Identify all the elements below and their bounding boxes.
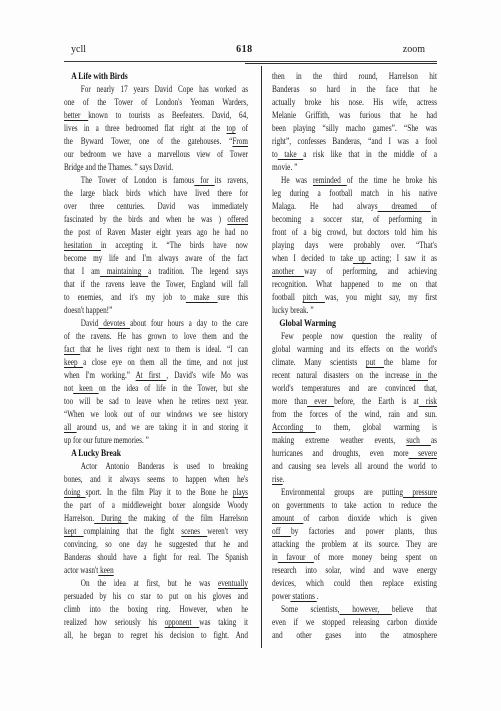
text-line: Malaga. He had always dreamed of [272,200,437,213]
text-segment: was taking it [199,617,248,627]
text-segment: . [317,591,319,601]
underlined-word: dreamed [378,201,431,211]
underlined-word: fact [64,344,80,354]
text-segment: of carbon dioxide which is given [303,513,437,523]
underlined-word: make [186,292,218,302]
text-segment: hurricanes and droughts, even more [272,448,409,458]
left-column: A Life with BirdsFor nearly 17 years Dav… [64,70,248,642]
text-segment: to them, global warming is [316,422,437,432]
text-line: better known to tourists as Beefeaters. … [64,109,248,122]
text-segment: For nearly 17 years David Cope has worke… [81,84,248,94]
text-segment: more than [272,396,307,406]
underlined-word: stations [290,591,316,601]
text-line: persuaded by his co star to put on his g… [64,590,248,603]
text-segment: to enemies, and it's my job to [64,292,186,302]
text-line: the large black birds which have lived t… [64,187,248,200]
text-line: doesn't happen!” [64,304,248,317]
text-line: and causing sea levels all around the wo… [272,460,437,473]
underlined-word: scenes [181,526,207,536]
text-line: attacking the problem at its source. The… [272,538,437,551]
text-line: Melanie Griffith, was furious that he ha… [272,109,437,122]
text-line: off by factories and power plants, thus [272,525,437,538]
text-segment: that he lives right next to them is idea… [80,344,248,354]
underlined-word: ever [307,396,334,406]
text-line: the post of Raven Master eight years ago… [64,226,248,239]
text-line: playing days were probably over. “That's [272,239,437,252]
text-line: Environmental groups are putting pressur… [272,486,437,499]
text-line: fact that he lives right next to them is… [64,343,248,356]
text-segment: all, he began to regret his decision to … [64,630,248,640]
text-line: to take a risk like that in the middle o… [272,148,437,161]
left-column-text: A Life with BirdsFor nearly 17 years Dav… [64,70,248,642]
text-line: Bridge and the Thames. ” says David. [64,161,248,174]
text-segment: Banderas should have a fight for real. T… [64,552,248,562]
text-segment: way of performing, and achieving [304,266,437,276]
page-header: ycll 618 zoom [64,44,437,60]
text-line: realized how seriously his opponent was … [64,616,248,629]
text-segment: research into solar, wind and wave energ… [272,565,437,575]
text-line: our bedroom we have a marvellous view of… [64,148,248,161]
text-line: actor wasn't keen [64,564,248,577]
text-line: Harrelson. During the making of the film… [64,512,248,525]
text-segment: , David's wife Mo was [166,370,248,380]
text-segment: from the forces of the wind, rain and su… [272,409,437,419]
text-line: keep a close eye on them all the time, a… [64,356,248,369]
underlined-word: devotes [98,318,130,328]
underlined-word: eventually [218,578,248,588]
text-line: According to them, global warming is [272,421,437,434]
text-line: up for our future memories. ” [64,434,248,447]
text-segment: too will be sad to leave when he retires… [64,396,248,406]
text-segment: of the time he broke his [347,175,437,185]
text-line: then in the third round, Harrelson hit [272,70,437,83]
text-segment: then in the third round, Harrelson hit [272,71,437,81]
underlined-word: top [227,123,236,133]
text-segment: “When we look out of our windows we see … [64,409,248,419]
underlined-word: From [232,136,248,146]
text-segment: of [236,123,248,133]
text-line: world's temperatures and are convinced t… [272,382,437,395]
text-line: become my life and I'm always aware of t… [64,252,248,265]
text-segment: lucky break. ” [272,305,314,315]
text-segment: Actor Antonio Banderas is used to breaki… [81,461,248,471]
text-line: He was reminded of the time he broke his [272,174,437,187]
text-segment: movie. ” [272,162,297,172]
text-line: David devotes about four hours a day to … [64,317,248,330]
underlined-word: offered [227,214,248,224]
text-line: becoming a soccer star, of performing in [272,213,437,226]
underlined-word: keep [64,357,83,367]
underlined-word: another [272,266,304,276]
text-line: and other gases into the atmosphere [272,629,437,642]
text-segment: power [272,591,290,601]
text-segment: bones, and it always seems to happen whe… [64,474,248,484]
text-segment: a tradition. The legend says [148,266,248,276]
text-segment: global warming and its effects on the wo… [272,344,437,354]
underlined-word: for [194,175,214,185]
text-segment: A Life with Birds [71,71,128,82]
text-segment: front of a big crowd, but doctors told h… [272,227,437,237]
text-line: amount of carbon dioxide which is given [272,512,437,525]
text-segment: leg during a football match in his nativ… [272,188,437,198]
text-line: lives in a three bedroomed flat right at… [64,122,248,135]
text-line: devices, which could then replace existi… [272,577,437,590]
section-heading: Global Warming [272,317,437,330]
text-segment: when I'm working.” [64,370,136,380]
text-segment: of [431,201,437,211]
text-segment: in accepting it. “The birds have now [101,240,248,250]
text-segment: He was [281,175,313,185]
text-segment: becoming a soccer star, of performing in [272,214,437,224]
text-line: of the ravens. He has grown to love them… [64,330,248,343]
text-segment: right”, confesses Banderas, “and I was a… [272,136,437,146]
underlined-word: however, [339,604,391,614]
underlined-word: maintaining [100,266,148,276]
text-line: global warming and its effects on the wo… [272,343,437,356]
text-segment: . [283,474,285,484]
text-segment: Banderas so hard in the face that he [272,84,437,94]
text-line: another way of performing, and achieving [272,265,437,278]
underlined-word: off [272,526,291,536]
underlined-word: up [353,253,371,263]
text-segment: convincing, so one day he suggested that… [64,539,248,549]
text-segment: The Tower of London is famous [81,175,195,185]
text-line: doing sport. In the film Play it to the … [64,486,248,499]
text-line: one of the Tower of London's Yeoman Ward… [64,96,248,109]
underlined-word: put [366,357,384,367]
text-segment: that if the ravens leave the Tower, Engl… [64,279,248,289]
text-segment: Global Warming [279,318,336,329]
text-segment: David [81,318,99,328]
text-line: that I am maintaining a tradition. The l… [64,265,248,278]
text-segment: playing days were probably over. “That's [272,240,437,250]
underlined-word: all [64,422,77,432]
text-line: leg during a football match in his nativ… [272,187,437,200]
text-segment: Harrelson. [64,513,94,523]
text-line: convincing, so one day he suggested that… [64,538,248,551]
underlined-word: risk [419,396,437,406]
text-line: even if we stopped releasing carbon diox… [272,616,437,629]
text-line: recent natural disasters on the increase… [272,369,437,382]
underlined-word: According [272,422,316,432]
text-segment: Bridge and the Thames. ” says David. [64,162,173,172]
text-segment: sure this [218,292,248,302]
text-line: research into solar, wind and wave energ… [272,564,437,577]
text-segment: even if we stopped releasing carbon diox… [272,617,437,627]
text-segment: making extreme weather events, [272,435,406,445]
text-segment: around us, and we are taking it in and s… [77,422,248,432]
underlined-word: keen [98,565,113,575]
text-segment: fascinated by the birds and when he was … [64,214,227,224]
text-segment: Environmental groups are putting [281,487,403,497]
text-segment: up for our future memories. ” [64,435,149,445]
header-rule [64,61,437,62]
section-heading: A Lucky Break [64,447,248,460]
text-segment: on the idea of life in the Tower, but sh… [99,383,248,393]
text-segment: weren't very [207,526,248,536]
text-segment: as [431,435,437,445]
text-segment: lives in a three bedroomed flat right at… [64,123,227,133]
text-line: the part of a middleweight boxer alongsi… [64,499,248,512]
text-segment: actually broke his nose. His wife, actre… [272,97,437,107]
text-segment: Melanie Griffith, was furious that he ha… [272,110,437,120]
right-column-text: then in the third round, Harrelson hitBa… [272,70,437,642]
text-line: front of a big crowd, but doctors told h… [272,226,437,239]
text-line: in favour of more money being spent on [272,551,437,564]
text-segment: world's temperatures and are convinced t… [272,383,437,393]
right-column: then in the third round, Harrelson hitBa… [272,70,437,642]
text-line: lucky break. ” [272,304,437,317]
text-segment: Some scientists, [281,604,339,614]
underlined-word: reminded [313,175,347,185]
text-segment: persuaded by his co star to put on his g… [64,591,248,601]
text-segment: one of the Tower of London's Yeoman Ward… [64,97,248,107]
text-segment: doesn't happen!” [64,305,112,315]
text-segment: of more money being spent on [314,552,437,562]
text-line: recognition. What happened to me on that [272,278,437,291]
text-line: hurricanes and droughts, even more sever… [272,447,437,460]
text-segment: been playing “silly macho games”. “She w… [272,123,437,133]
text-segment: on governments to take action to reduce … [272,500,437,510]
text-line: Banderas should have a fight for real. T… [64,551,248,564]
text-segment: On the idea at first, but he was [81,578,218,588]
page-number: 618 [236,44,253,55]
text-segment: the blame for [384,357,437,367]
text-segment: that I am [64,266,100,276]
text-line: when I decided to take up acting; I saw … [272,252,437,265]
text-line: On the idea at first, but he was eventua… [64,577,248,590]
text-line: Actor Antonio Banderas is used to breaki… [64,460,248,473]
text-segment: a risk like that in the middle of a [303,149,437,159]
section-heading: A Life with Birds [64,70,248,83]
text-line: kept complaining that the fight scenes w… [64,525,248,538]
text-line: Banderas so hard in the face that he [272,83,437,96]
underlined-word: take [278,149,303,159]
text-line: rise. [272,473,437,486]
text-segment: before, the Earth is at [334,396,419,406]
underlined-word: favour [278,552,314,562]
text-segment: the part of a middleweight boxer alongsi… [64,500,248,510]
text-segment: its ravens, [215,175,248,185]
text-segment: our bedroom we have a marvellous view of… [64,149,248,159]
underlined-word: pressure [403,487,437,497]
text-segment: complaining that the fight [84,526,182,536]
underlined-word: hesitation [64,240,101,250]
text-line: not keen on the idea of life in the Towe… [64,382,248,395]
text-line: hesitation in accepting it. “The birds h… [64,239,248,252]
text-segment: of the ravens. He has grown to love them… [64,331,248,341]
text-line: For nearly 17 years David Cope has worke… [64,83,248,96]
text-segment: was, you might say, my first [325,292,437,302]
text-segment: attacking the problem at its source. The… [272,539,437,549]
text-line: Some scientists, however, believe that [272,603,437,616]
text-segment: A Lucky Break [71,448,121,459]
underlined-word: keen [73,383,98,393]
underlined-word: in [409,370,428,380]
text-line: making extreme weather events, such as [272,434,437,447]
text-line: movie. ” [272,161,437,174]
underlined-word: plays [233,487,248,497]
text-segment: the Byward Tower, one of the gatehouses.… [64,136,232,146]
text-line: fascinated by the birds and when he was … [64,213,248,226]
text-segment: climate. Many scientists [272,357,366,367]
text-line: football pitch was, you might say, my fi… [272,291,437,304]
text-line: The Tower of London is famous for its ra… [64,174,248,187]
text-segment: recent natural disasters on the increase [272,370,409,380]
text-segment: devices, which could then replace existi… [272,578,437,588]
header-right-text: zoom [403,44,437,55]
text-line: been playing “silly macho games”. “She w… [272,122,437,135]
text-segment: the post of Raven Master eight years ago… [64,227,248,237]
underlined-word: opponent [165,617,200,627]
text-line: bones, and it always seems to happen whe… [64,473,248,486]
text-line: over three centuries. David was immediat… [64,200,248,213]
text-segment: Malaga. He had always [272,201,378,211]
text-line: too will be sad to leave when he retires… [64,395,248,408]
text-segment: over three centuries. David was immediat… [64,201,248,211]
text-line: all around us, and we are taking it in a… [64,421,248,434]
text-segment: the [428,370,437,380]
text-segment: Few people now question the reality of [281,331,437,341]
text-segment: the making of the film Harrelson [128,513,248,523]
text-line: “When we look out of our windows we see … [64,408,248,421]
text-segment: and other gases into the atmosphere [272,630,437,640]
text-line: when I'm working.” At first , David's wi… [64,369,248,382]
text-segment: acting; I saw it as [371,253,437,263]
underlined-word: better [64,110,88,120]
underlined-word: At first [136,370,167,380]
text-line: power stations . [272,590,437,603]
text-segment: recognition. What happened to me on that [272,279,437,289]
text-segment: sport. In the film Play it to the Bone h… [86,487,233,497]
underlined-word: kept [64,526,84,536]
text-line: climb into the boxing ring. However, whe… [64,603,248,616]
text-segment: climb into the boxing ring. However, whe… [64,604,248,614]
column-divider [261,66,262,648]
text-line: on governments to take action to reduce … [272,499,437,512]
text-segment: when I decided to take [272,253,353,263]
text-line: that if the ravens leave the Tower, Engl… [64,278,248,291]
text-segment: football [272,292,303,302]
text-segment: about four hours a day to the care [130,318,248,328]
text-segment: realized how seriously his [64,617,165,627]
text-segment: by factories and power plants, thus [291,526,437,536]
text-segment: known to tourists as Beefeaters. David, … [88,110,248,120]
underlined-word: amount [272,513,303,523]
text-line: all, he began to regret his decision to … [64,629,248,642]
text-segment: not [64,383,73,393]
text-segment: a close eye on them all the time, and no… [83,357,248,367]
text-line: the Byward Tower, one of the gatehouses.… [64,135,248,148]
text-segment: believe that [392,604,437,614]
underlined-word: During [94,513,128,523]
underlined-word: pitch [303,292,325,302]
text-line: Few people now question the reality of [272,330,437,343]
text-segment: become my life and I'm always aware of t… [64,253,248,263]
header-rule-thick-segment [245,63,437,64]
underlined-word: rise [272,474,283,484]
text-line: to enemies, and it's my job to make sure… [64,291,248,304]
text-line: from the forces of the wind, rain and su… [272,408,437,421]
text-segment: actor wasn't [64,565,98,575]
text-line: right”, confesses Banderas, “and I was a… [272,135,437,148]
underlined-word: doing [64,487,86,497]
underlined-word: severe [409,448,437,458]
text-line: actually broke his nose. His wife, actre… [272,96,437,109]
text-segment: and causing sea levels all around the wo… [272,461,437,471]
text-line: more than ever before, the Earth is at r… [272,395,437,408]
text-segment: the large black birds which have lived t… [64,188,248,198]
header-left-text: ycll [64,44,86,55]
underlined-word: such [406,435,431,445]
scanned-document-page: ycll 618 zoom A Life with BirdsFor nearl… [0,0,501,711]
text-line: climate. Many scientists put the blame f… [272,356,437,369]
